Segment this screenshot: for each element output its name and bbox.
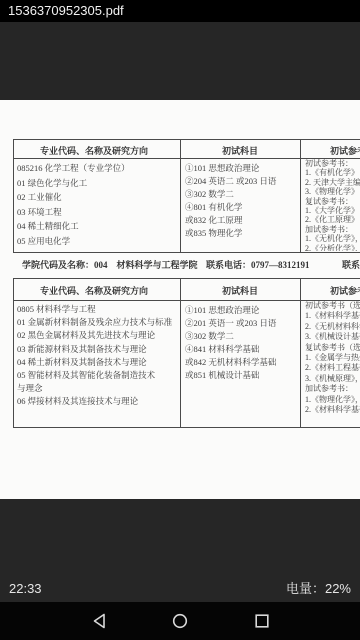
table-line: ②201 英语一 或203 日语 [185, 317, 298, 330]
table1-major-column: 085216 化学工程（专业学位）01 绿色化学与化工02 工业催化03 环境工… [17, 161, 177, 251]
college-contact: 联系人： [342, 258, 360, 271]
college-code-name: 学院代码及名称：004 材料科学与工程学院 [22, 258, 198, 271]
table-line: 2.《分析化学》，高等教育出版社 [305, 244, 360, 251]
clock-text: 22:33 [9, 575, 42, 602]
table-line: 02 黑色金属材料及其先进技术与理论 [17, 329, 177, 342]
table2-bottom-border [13, 427, 360, 428]
table-line: 或842 无机材料科学基础 [185, 356, 298, 369]
table-line: 复试参考书（选一）： [305, 343, 360, 353]
table-line: 2.《化工原理》（上、下册），天 [305, 215, 360, 224]
android-nav-bar [0, 602, 360, 640]
table-line: 加试参考书： [305, 225, 360, 234]
table1-left-border [13, 139, 14, 252]
phone-screen: 1536370952305.pdf 专业代码、名称及研究方向 初试科目 初试参考… [0, 0, 360, 640]
table-line: 02 工业催化 [17, 190, 177, 205]
college-phone: 联系电话：0797—8312191 [206, 258, 310, 271]
table2-header-refs: 初试参考书 [330, 284, 360, 297]
table-line: 03 新能源材料及其制备技术与理论 [17, 343, 177, 356]
table-line: 2.《材料工程基础》，清华大学 [305, 363, 360, 373]
table-line: 1.《无机化学》，高等教育出版社 [305, 234, 360, 243]
table-line: 1.《有机化学》（上、下册），高 [305, 168, 360, 177]
table-line: 1.《材料科学基础》（第3版）， [305, 311, 360, 321]
table-line: 0805 材料科学与工程 [17, 303, 177, 316]
back-button[interactable] [82, 602, 118, 640]
table-line: 3.《机械原理》，高等教育出版 [305, 374, 360, 384]
table-line: 05 应用电化学 [17, 234, 177, 249]
table-line: 或851 机械设计基础 [185, 369, 298, 382]
table2-major-column: 0805 材料科学与工程01 金属新材料制备及残余应力技术与标准02 黑色金属材… [17, 303, 177, 425]
table1-subjects-column: ①101 思想政治理论②204 英语二 或203 日语③302 数学二④801 … [185, 162, 298, 250]
table-line: ①101 思想政治理论 [185, 162, 298, 175]
table2-left-border [13, 278, 14, 427]
table-line: 或832 化工原理 [185, 214, 298, 227]
table-line: 加试参考书： [305, 384, 360, 394]
pdf-title-bar: 1536370952305.pdf [0, 0, 360, 22]
table2-header-major: 专业代码、名称及研究方向 [40, 284, 148, 297]
table-line: 04 稀土新材料及其制备技术与理论 [17, 356, 177, 369]
college-info-row: 学院代码及名称：004 材料科学与工程学院 联系电话：0797—8312191 … [0, 252, 360, 278]
table-line: 2.《材料科学基础》，北京大学 [305, 405, 360, 415]
table-line: 3.《物理化学》（上、下册），南 [305, 187, 360, 196]
reader-status-strip: 22:33 电量：22% [0, 575, 360, 602]
table-line: ①101 思想政治理论 [185, 304, 298, 317]
table-line: ④841 材料科学基础 [185, 343, 298, 356]
table2-top-border [13, 278, 360, 279]
table-line: 03 环境工程 [17, 205, 177, 220]
table1-header-subjects: 初试科目 [222, 144, 258, 157]
table1-col-border-1 [180, 139, 181, 252]
battery-text: 电量：22% [286, 575, 351, 602]
table-line: ③302 数学二 [185, 188, 298, 201]
table-line: 06 焊接材料及其连接技术与理论 [17, 395, 177, 408]
table-line: 3.《机械设计基础》（第6版）， [305, 332, 360, 342]
table2-col-border-1 [180, 278, 181, 427]
table-line: ②204 英语二 或203 日语 [185, 175, 298, 188]
table2-subjects-column: ①101 思想政治理论②201 英语一 或203 日语③302 数学二④841 … [185, 304, 298, 392]
table1-col-border-2 [300, 139, 301, 252]
back-triangle-icon [92, 613, 108, 629]
table-line: 1.《金属学与热处理》，崔忠圻 [305, 353, 360, 363]
home-button[interactable] [162, 602, 198, 640]
pdf-filename: 1536370952305.pdf [8, 0, 124, 22]
table2-header-subjects: 初试科目 [222, 284, 258, 297]
table1-header-refs: 初试参考书 [330, 144, 360, 157]
table1-refs-column: 初试参考书：1.《有机化学》（上、下册），高2. 天津大学主编《化工原理》，3.… [305, 159, 360, 251]
table-line: 04 稀土精细化工 [17, 219, 177, 234]
table-line: 初试参考书： [305, 159, 360, 168]
home-circle-icon [172, 613, 188, 629]
table-line: 2.《无机材料科学基础》，武汉 [305, 322, 360, 332]
table-line: ③302 数学二 [185, 330, 298, 343]
table2-refs-column: 初试参考书（选一）：1.《材料科学基础》（第3版），2.《无机材料科学基础》，武… [305, 301, 360, 425]
recents-square-icon [254, 613, 270, 629]
table-line: 01 金属新材料制备及残余应力技术与标准 [17, 316, 177, 329]
table-line: ④801 有机化学 [185, 201, 298, 214]
table-line: 初试参考书（选一）： [305, 301, 360, 311]
table-line: 01 绿色化学与化工 [17, 176, 177, 191]
table-line: 085216 化学工程（专业学位） [17, 161, 177, 176]
table1-top-border [13, 139, 360, 140]
table-line: 与理念 [17, 382, 177, 395]
table-line: 05 智能材料及其智能化装备制造技术 [17, 369, 177, 382]
table1-header-major: 专业代码、名称及研究方向 [40, 144, 148, 157]
table2-col-border-2 [300, 278, 301, 427]
table-line: 1.《物理化学》，东北大学编， [305, 395, 360, 405]
table-line: 或835 物理化学 [185, 227, 298, 240]
pdf-page[interactable]: 专业代码、名称及研究方向 初试科目 初试参考书 085216 化学工程（专业学位… [0, 100, 360, 499]
table-line: 2. 天津大学主编《化工原理》， [305, 178, 360, 187]
recents-button[interactable] [244, 602, 280, 640]
table-line: 复试参考书： [305, 197, 360, 206]
